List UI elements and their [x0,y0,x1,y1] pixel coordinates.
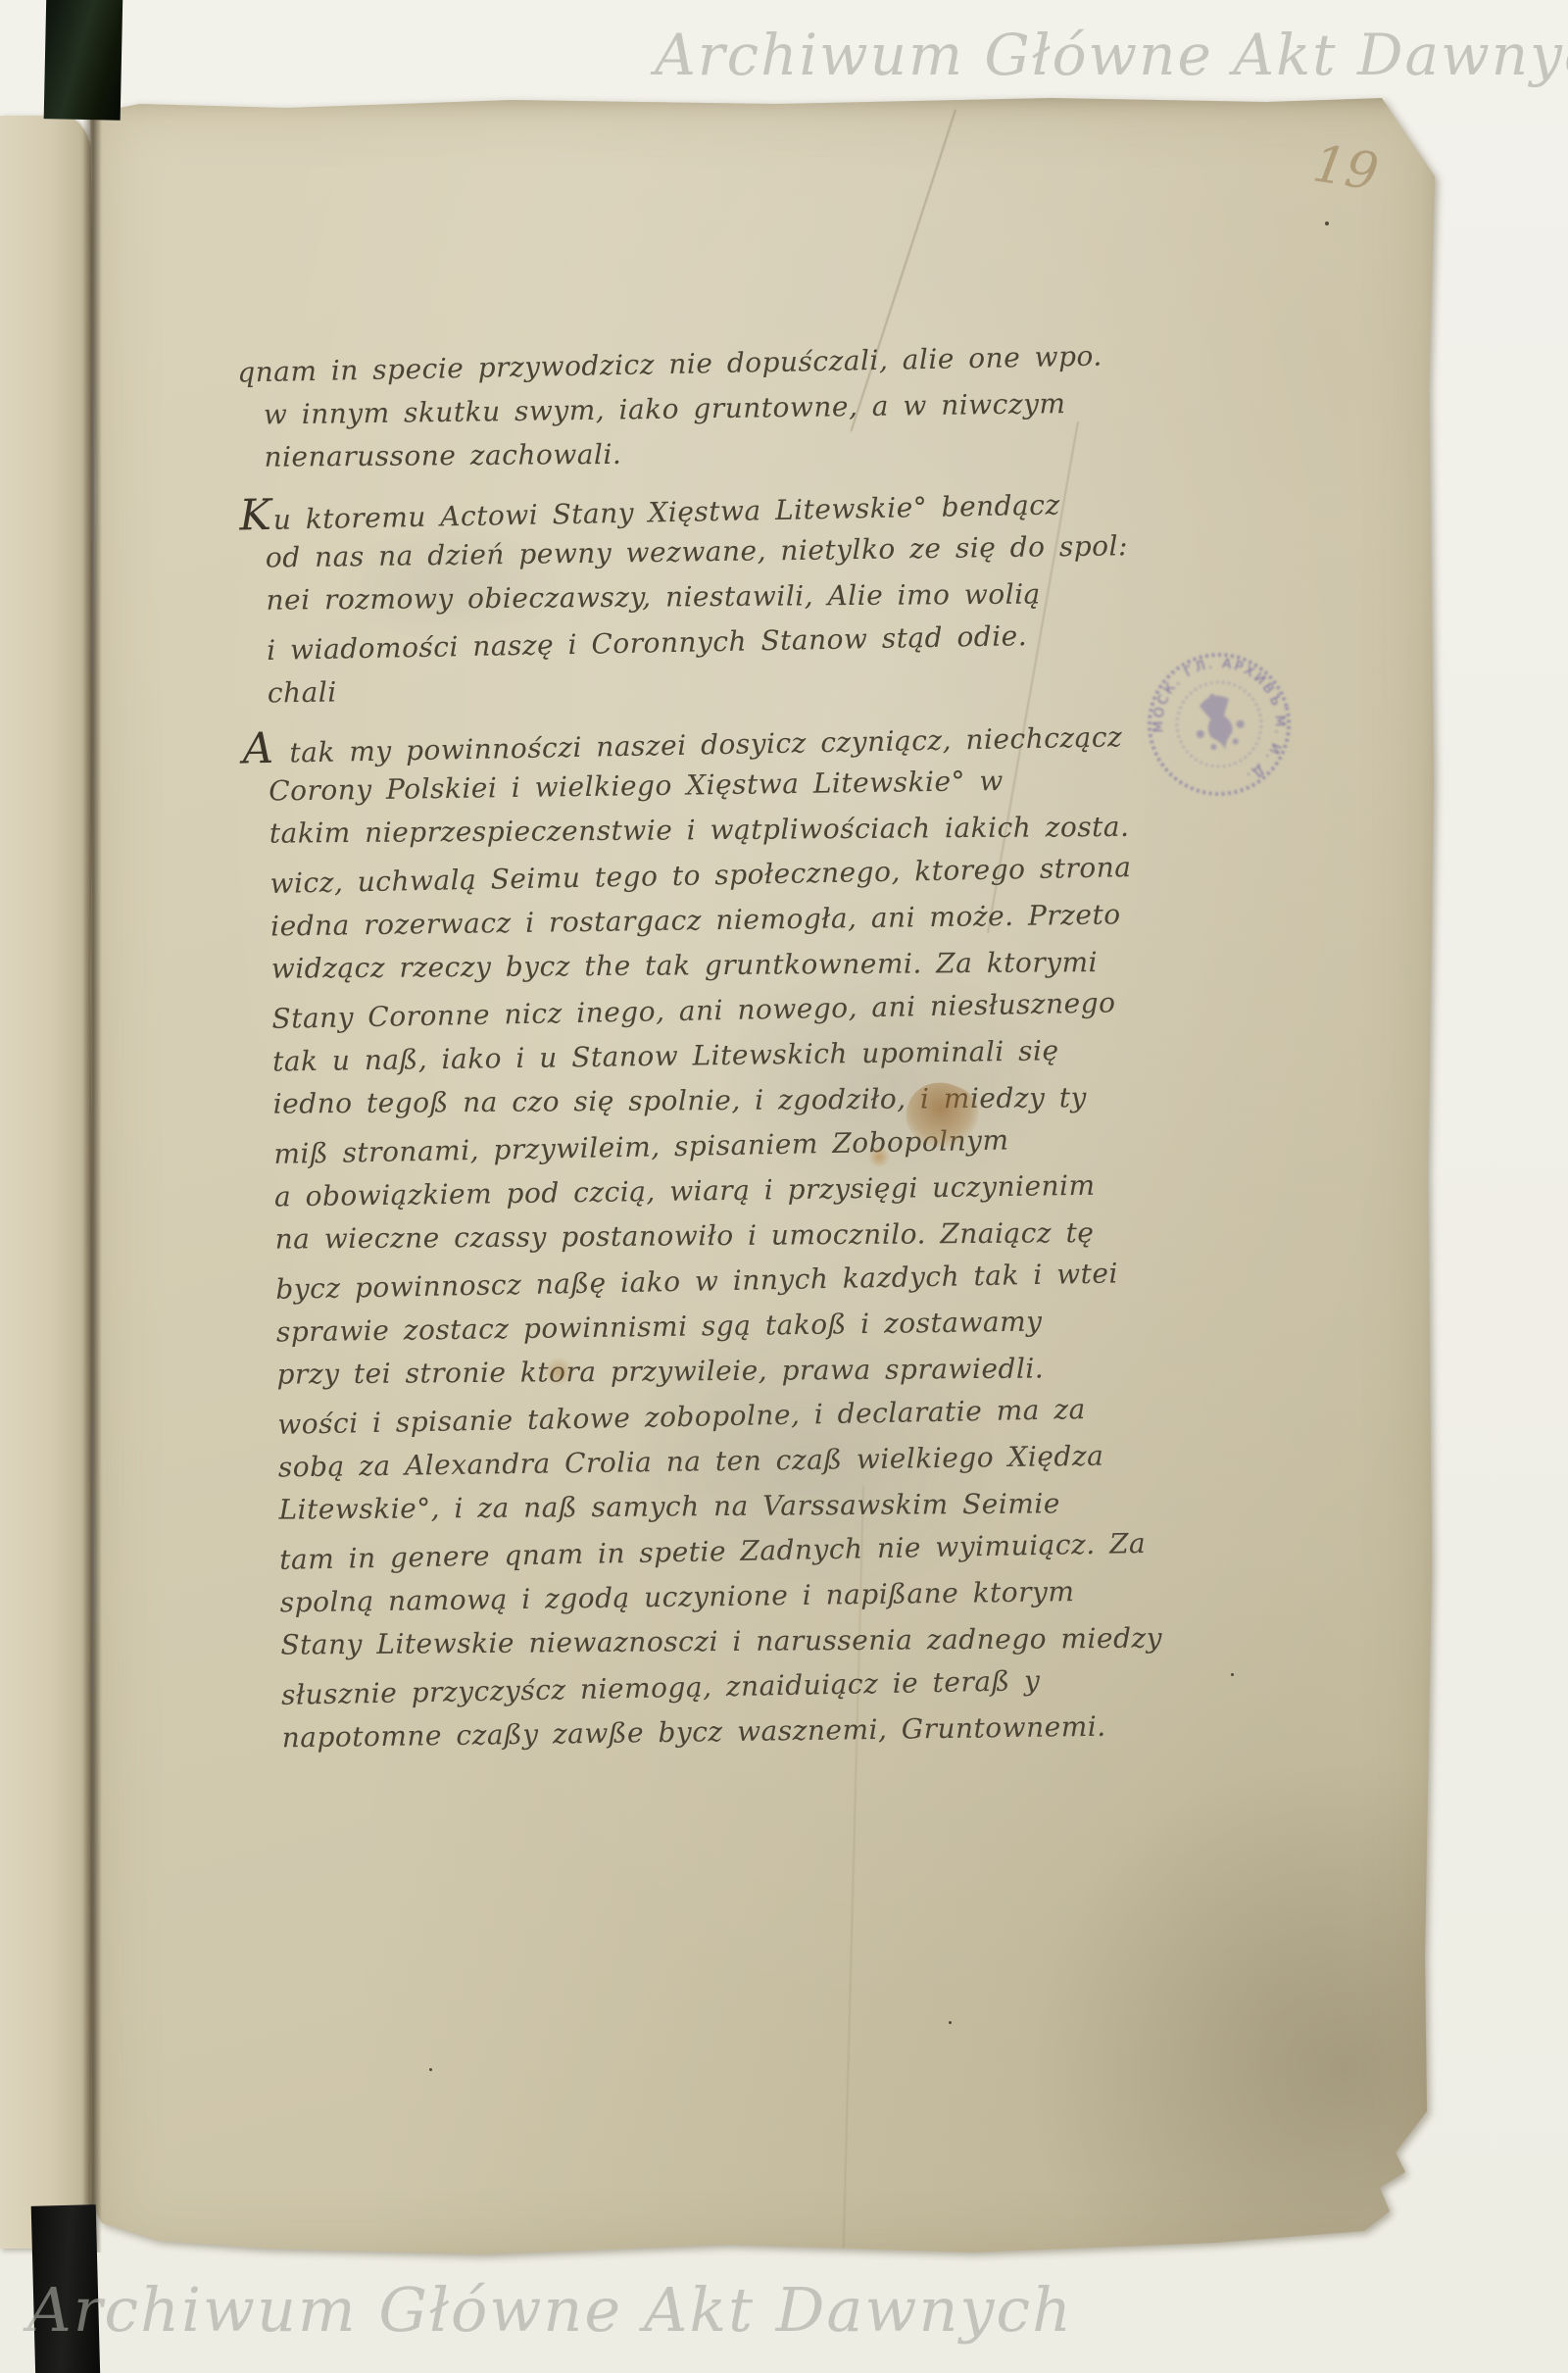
facing-page-paper [0,116,92,2249]
paper-speck [1325,222,1329,225]
facing-page-edge [0,116,92,2249]
scan-background: { "archive_watermark": { "top": "Archiwu… [0,0,1568,2373]
folio-number: 19 [1309,134,1383,203]
manuscript-paragraph: Ku ktoremu Actowi Stany Xięstwa Litewski… [265,478,1179,717]
manuscript-paragraph: qnam in specie przywodzicz nie dopuśczal… [263,335,1176,483]
paper-grime [1023,1753,1435,2262]
stamp-emblem [1188,688,1249,756]
paper-speck [1231,1673,1234,1676]
manuscript-paragraph: A tak my powinnośczi naszei dosyicz czyn… [268,712,1194,1761]
manuscript-page-wrap: 19 qnam in specie przywodzicz nie dopuśc… [90,94,1435,2262]
manuscript-line: nienarussone zachowali. [264,427,1175,479]
binding-strap-top [44,0,123,121]
paper-speck [949,2021,952,2024]
book-gutter-shadow [82,110,102,2252]
archive-watermark-bottom: Archiwum Główne Akt Dawnych [27,2274,1073,2346]
manuscript-text: qnam in specie przywodzicz nie dopuśczal… [263,335,1194,1769]
archive-watermark-top: Archiwum Główne Akt Dawnych [655,22,1568,88]
manuscript-page: 19 qnam in specie przywodzicz nie dopuśc… [90,94,1435,2262]
paper-speck [429,2068,432,2071]
